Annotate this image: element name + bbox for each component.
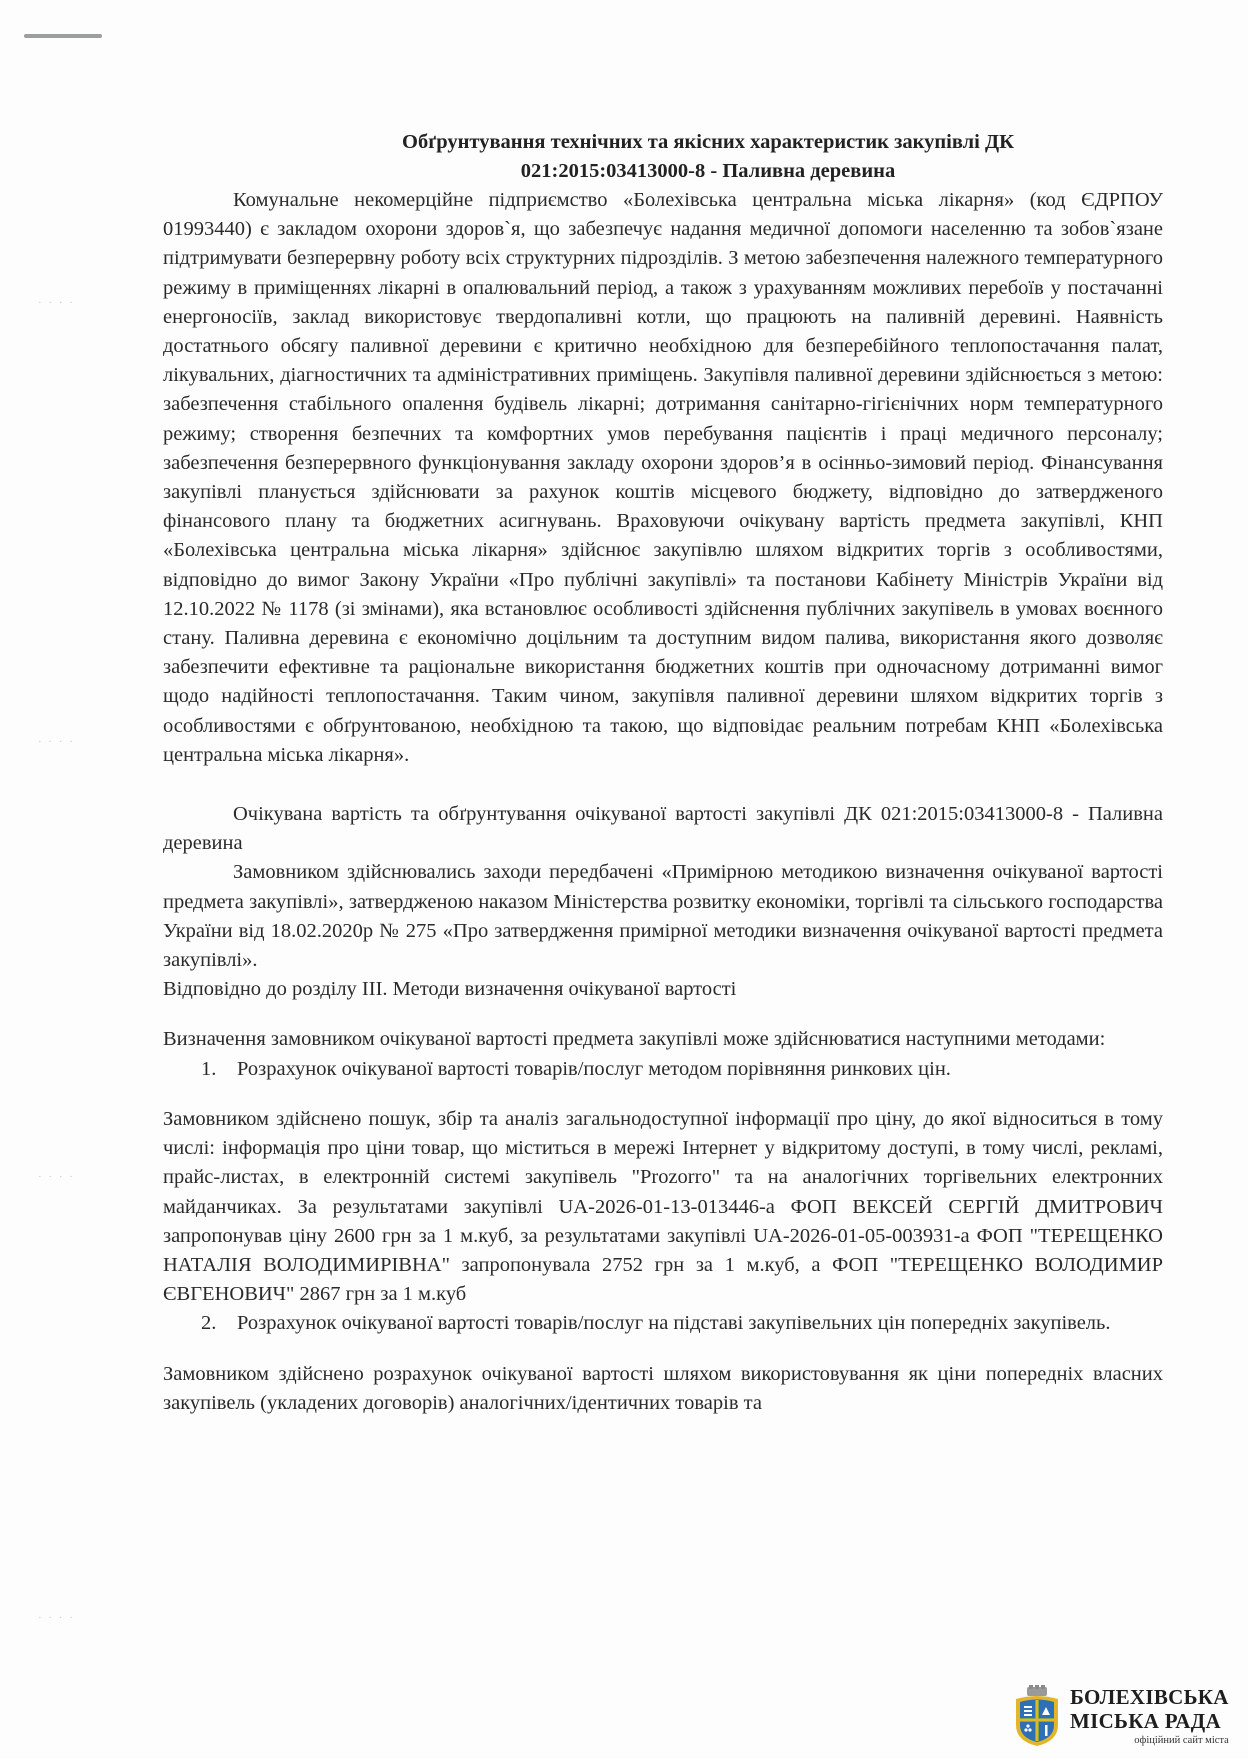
expected-cost-heading: Очікувана вартість та обґрунтування очік… [163,800,1163,858]
watermark-line-2: МІСЬКА РАДА [1070,1709,1229,1733]
coat-of-arms-icon [1012,1685,1062,1747]
city-council-watermark: БОЛЕХІВСЬКА МІСЬКА РАДА офіційний сайт м… [1012,1676,1242,1756]
methods-list-2: 2. Розрахунок очікуваної вартості товарі… [163,1309,1163,1338]
methods-intro-paragraph: Визначення замовником очікуваної вартост… [163,1025,1163,1054]
bleed-through-mark: · · · · [38,297,75,309]
methods-list-1: 1. Розрахунок очікуваної вартості товарі… [163,1055,1163,1084]
method-number: 2. [201,1309,216,1338]
method-label: Розрахунок очікуваної вартості товарів/п… [237,1312,1111,1334]
previous-purchases-paragraph: Замовником здійснено розрахунок очікуван… [163,1360,1163,1418]
method-number: 1. [201,1055,216,1084]
market-analysis-paragraph: Замовником здійснено пошук, збір та анал… [163,1105,1163,1309]
bleed-through-mark: · · · · [38,736,75,748]
scanned-document-page: · · · · · · · · · · · · · · · · Обґрунту… [0,0,1248,1759]
section-reference: Відповідно до розділу ІІІ. Методи визнач… [163,975,1163,1004]
method-label: Розрахунок очікуваної вартості товарів/п… [237,1058,951,1080]
title-line-2: 021:2015:03413000-8 - Паливна деревина [253,157,1163,186]
bleed-through-mark: · · · · [38,1612,75,1624]
watermark-line-1: БОЛЕХІВСЬКА [1070,1685,1229,1709]
method-item-1: 1. Розрахунок очікуваної вартості товарі… [163,1055,1163,1084]
document-body: Обґрунтування технічних та якісних харак… [163,128,1163,1418]
watermark-text: БОЛЕХІВСЬКА МІСЬКА РАДА офіційний сайт м… [1070,1685,1229,1747]
watermark-subtitle: офіційний сайт міста [1070,1736,1229,1747]
title-line-1: Обґрунтування технічних та якісних харак… [253,128,1163,157]
document-title: Обґрунтування технічних та якісних харак… [253,128,1163,186]
methodology-paragraph: Замовником здійснювались заходи передбач… [163,858,1163,975]
intro-paragraph: Комунальне некомерційне підприємство «Бо… [163,186,1163,770]
scan-artifact-line [24,34,102,38]
method-item-2: 2. Розрахунок очікуваної вартості товарі… [163,1309,1163,1338]
bleed-through-mark: · · · · [38,1171,75,1183]
